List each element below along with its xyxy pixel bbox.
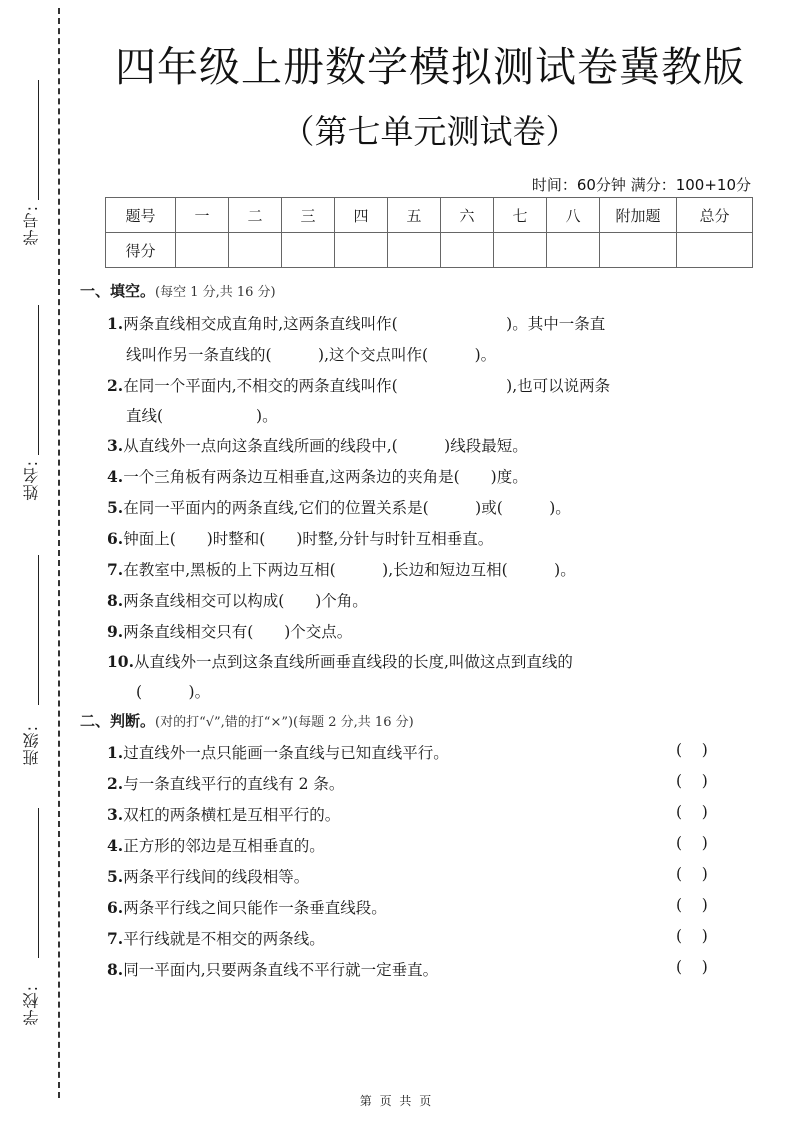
- class-line[interactable]: [38, 555, 39, 705]
- score-table-header-row: 题号 一 二 三 四 五 六 七 八 附加题 总分: [106, 198, 753, 233]
- judge-question-3: 3.双杠的两条横杠是互相平行的。: [107, 803, 340, 825]
- col-header: 二: [229, 198, 282, 233]
- col-header: 八: [547, 198, 600, 233]
- answer-bracket[interactable]: ( ): [676, 741, 708, 759]
- judge-question-8: 8.同一平面内,只要两条直线不平行就一定垂直。: [107, 958, 438, 980]
- row-label-question-no: 题号: [106, 198, 176, 233]
- row-label-score: 得分: [106, 233, 176, 268]
- judge-question-7: 7.平行线就是不相交的两条线。: [107, 927, 325, 949]
- col-header: 五: [388, 198, 441, 233]
- answer-bracket[interactable]: ( ): [676, 834, 708, 852]
- student-id-line[interactable]: [38, 80, 39, 200]
- answer-bracket[interactable]: ( ): [676, 772, 708, 790]
- score-table: 题号 一 二 三 四 五 六 七 八 附加题 总分 得分: [105, 197, 753, 268]
- score-cell[interactable]: [600, 233, 677, 268]
- section1-heading: 一、填空。(每空 1 分,共 16 分): [80, 280, 276, 301]
- fill-question-2-cont: 直线( )。: [126, 404, 278, 426]
- fill-question-3: 3.从直线外一点向这条直线所画的线段中,( )线段最短。: [107, 434, 528, 456]
- class-label: 班级:: [20, 725, 43, 765]
- score-cell[interactable]: [282, 233, 335, 268]
- answer-bracket[interactable]: ( ): [676, 865, 708, 883]
- page-subtitle: （第七单元测试卷）: [100, 106, 760, 153]
- fill-question-9: 9.两条直线相交只有( )个交点。: [107, 620, 352, 642]
- score-cell[interactable]: [677, 233, 753, 268]
- answer-bracket[interactable]: ( ): [676, 927, 708, 945]
- fill-question-1-cont: 线叫作另一条直线的( ),这个交点叫作( )。: [126, 343, 496, 365]
- fill-question-10-cont: ( )。: [136, 680, 210, 702]
- score-cell[interactable]: [441, 233, 494, 268]
- section2-heading: 二、判断。(对的打“√”,错的打“×”)(每题 2 分,共 16 分): [80, 710, 414, 731]
- section1-title: 一、填空。: [80, 282, 155, 300]
- school-label: 学校:: [20, 985, 43, 1025]
- page-title: 四年级上册数学模拟测试卷冀教版: [100, 34, 760, 93]
- school-line[interactable]: [38, 808, 39, 958]
- fill-question-1: 1.两条直线相交成直角时,这两条直线叫作( )。其中一条直: [107, 312, 605, 334]
- fill-question-5: 5.在同一平面内的两条直线,它们的位置关系是( )或( )。: [107, 496, 571, 518]
- score-cell[interactable]: [335, 233, 388, 268]
- score-cell[interactable]: [547, 233, 600, 268]
- fill-question-8: 8.两条直线相交可以构成( )个角。: [107, 589, 368, 611]
- student-id-label: 学号:: [20, 205, 43, 245]
- answer-bracket[interactable]: ( ): [676, 896, 708, 914]
- score-cell[interactable]: [388, 233, 441, 268]
- fill-question-6: 6.钟面上( )时整和( )时整,分针与时针互相垂直。: [107, 527, 493, 549]
- col-header: 一: [176, 198, 229, 233]
- fill-question-4: 4.一个三角板有两条边互相垂直,这两条边的夹角是( )度。: [107, 465, 528, 487]
- page-footer: 第 页 共 页: [0, 1092, 793, 1109]
- section2-note: (对的打“√”,错的打“×”)(每题 2 分,共 16 分): [155, 715, 414, 730]
- name-line[interactable]: [38, 305, 39, 455]
- answer-bracket[interactable]: ( ): [676, 958, 708, 976]
- section1-note: (每空 1 分,共 16 分): [155, 285, 276, 300]
- score-cell[interactable]: [494, 233, 547, 268]
- name-label: 姓名:: [20, 460, 43, 500]
- judge-question-1: 1.过直线外一点只能画一条直线与已知直线平行。: [107, 741, 449, 763]
- time-and-score-info: 时间：60分钟 满分：100+10分: [532, 174, 751, 195]
- col-header: 总分: [677, 198, 753, 233]
- col-header: 七: [494, 198, 547, 233]
- col-header: 三: [282, 198, 335, 233]
- col-header: 附加题: [600, 198, 677, 233]
- section2-title: 二、判断。: [80, 712, 155, 730]
- fill-question-2: 2.在同一个平面内,不相交的两条直线叫作( ),也可以说两条: [107, 374, 610, 396]
- judge-question-4: 4.正方形的邻边是互相垂直的。: [107, 834, 325, 856]
- fill-question-7: 7.在教室中,黑板的上下两边互相( ),长边和短边互相( )。: [107, 558, 576, 580]
- fold-line: [58, 8, 60, 1098]
- col-header: 六: [441, 198, 494, 233]
- col-header: 四: [335, 198, 388, 233]
- judge-question-5: 5.两条平行线间的线段相等。: [107, 865, 309, 887]
- score-cell[interactable]: [229, 233, 282, 268]
- score-cell[interactable]: [176, 233, 229, 268]
- judge-question-6: 6.两条平行线之间只能作一条垂直线段。: [107, 896, 387, 918]
- answer-bracket[interactable]: ( ): [676, 803, 708, 821]
- score-table-score-row: 得分: [106, 233, 753, 268]
- fill-question-10: 10.从直线外一点到这条直线所画垂直线段的长度,叫做这点到直线的: [107, 650, 573, 672]
- judge-question-2: 2.与一条直线平行的直线有 2 条。: [107, 772, 344, 794]
